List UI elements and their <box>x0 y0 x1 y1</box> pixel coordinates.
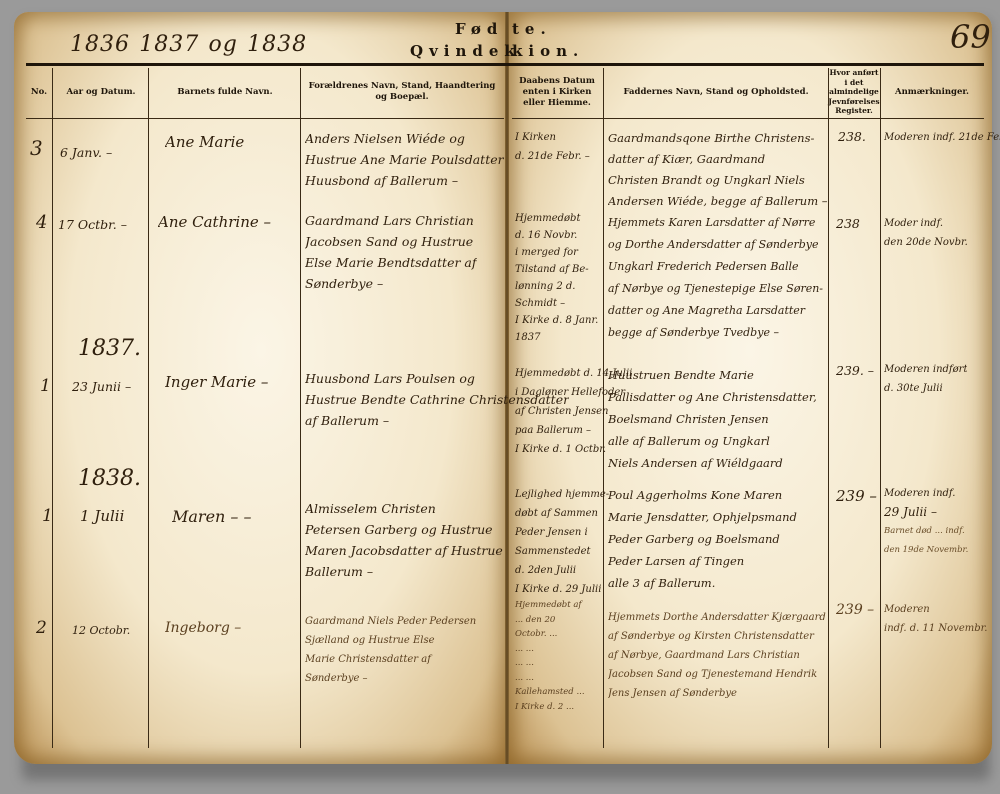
entry-no: 2 <box>36 618 47 639</box>
heading-line2-left: Qvindek <box>410 42 521 60</box>
entry-parents: Gaardmand Lars Christian Jacobsen Sand o… <box>305 210 477 294</box>
year-og: og <box>209 32 238 57</box>
col-header-baptism: Daabens Datum enten i Kirken eller Hiemm… <box>512 68 602 116</box>
col-header-child: Barnets fulde Navn. <box>150 68 300 116</box>
entry-godparents: Huustruen Bendte Marie Pallisdatter og A… <box>608 364 817 474</box>
entry-godparents: Hjemmets Dorthe Andersdatter Kjærgaard a… <box>608 608 826 703</box>
col-header-godparents: Faddernes Navn, Stand og Opholdsted. <box>605 68 827 116</box>
entry-godparents: Gaardmandsqone Birthe Christens- datter … <box>608 128 828 212</box>
col-divider <box>828 68 829 748</box>
header-bottom-rule <box>512 118 984 119</box>
entry-godparents: Hjemmets Karen Larsdatter af Nørre og Do… <box>608 212 823 344</box>
entry-register-no: 238. <box>838 126 866 147</box>
entry-no: 3 <box>30 138 43 159</box>
entry-register-no: 239. – <box>836 360 874 381</box>
entry-remarks: Moderen indført d. 30te Julii <box>884 360 967 398</box>
entry-remarks: Moderen indf. 21de Febr. <box>884 128 1000 147</box>
col-header-parents: Forældrenes Navn, Stand, Haandtering og … <box>302 68 502 116</box>
col-divider <box>300 68 301 748</box>
entry-no: 4 <box>36 212 47 233</box>
entry-child-name: Ane Cathrine – <box>158 212 271 233</box>
entry-godparents: Poul Aggerholms Kone Maren Marie Jensdat… <box>608 484 797 594</box>
entry-remarks: Moder indf. den 20de Novbr. <box>884 214 968 252</box>
year-1836: 1836 <box>70 32 130 57</box>
col-header-register: Hvor anført i det almindelige Jevnførels… <box>829 68 879 116</box>
col-divider <box>148 68 149 748</box>
page-number: 69 <box>950 18 991 56</box>
years-title: 1836 1837 og 1838 <box>70 28 307 58</box>
entry-baptism: I Kirken d. 21de Febr. – <box>515 128 590 166</box>
entry-child-name: Ingeborg – <box>165 618 241 639</box>
entry-child-name: Ane Marie <box>165 132 244 153</box>
col-divider <box>52 68 53 748</box>
col-header-date: Aar og Datum. <box>54 68 148 116</box>
entry-baptism: Hjemmedøbt d. 16 Novbr. i merged for Til… <box>515 210 598 346</box>
entry-parents: Anders Nielsen Wiéde og Hustrue Ane Mari… <box>305 128 504 191</box>
header-top-rule <box>26 63 984 66</box>
entry-date: 1 Julii <box>80 506 124 527</box>
entry-date: 6 Janv. – <box>60 142 112 163</box>
entry-no: 1 <box>40 376 51 397</box>
entry-child-name: Inger Marie – <box>165 372 268 393</box>
year-marker: 1837. <box>78 338 141 359</box>
entry-date: 23 Junii – <box>72 376 131 397</box>
heading-line2-right: kion. <box>512 42 584 60</box>
entry-register-no: 239 – <box>836 600 874 621</box>
entry-register-no: 238 <box>836 213 860 234</box>
entry-no: 1 <box>42 506 53 527</box>
entry-parents: Almisselem Christen Petersen Garberg og … <box>305 498 503 582</box>
entry-remarks: Moderen indf. 29 Julii – Barnet død ... … <box>884 484 968 560</box>
year-1838: 1838 <box>247 32 307 57</box>
entry-parents: Gaardmand Niels Peder Pedersen Sjælland … <box>305 612 476 688</box>
heading-line1-left: Fød <box>455 20 503 38</box>
year-1837: 1837 <box>139 32 199 57</box>
entry-baptism: Hjemmedøbt af ... den 20 Octobr. ... ...… <box>515 598 585 714</box>
heading-line1-right: te. <box>512 20 552 38</box>
entry-date: 12 Octobr. <box>72 620 130 641</box>
entry-register-no: 239 – <box>836 486 877 507</box>
entry-child-name: Maren – – <box>172 506 252 527</box>
col-header-no: No. <box>26 68 52 116</box>
col-header-remarks: Anmærkninger. <box>882 68 982 116</box>
entry-baptism: Lejlighed hjemme- døbt af Sammen Peder J… <box>515 485 609 599</box>
col-divider <box>880 68 881 748</box>
year-marker: 1838. <box>78 468 141 489</box>
header-bottom-rule <box>26 118 504 119</box>
entry-date: 17 Octbr. – <box>58 214 127 235</box>
entry-remarks: Moderen indf. d. 11 Novembr. <box>884 600 988 638</box>
